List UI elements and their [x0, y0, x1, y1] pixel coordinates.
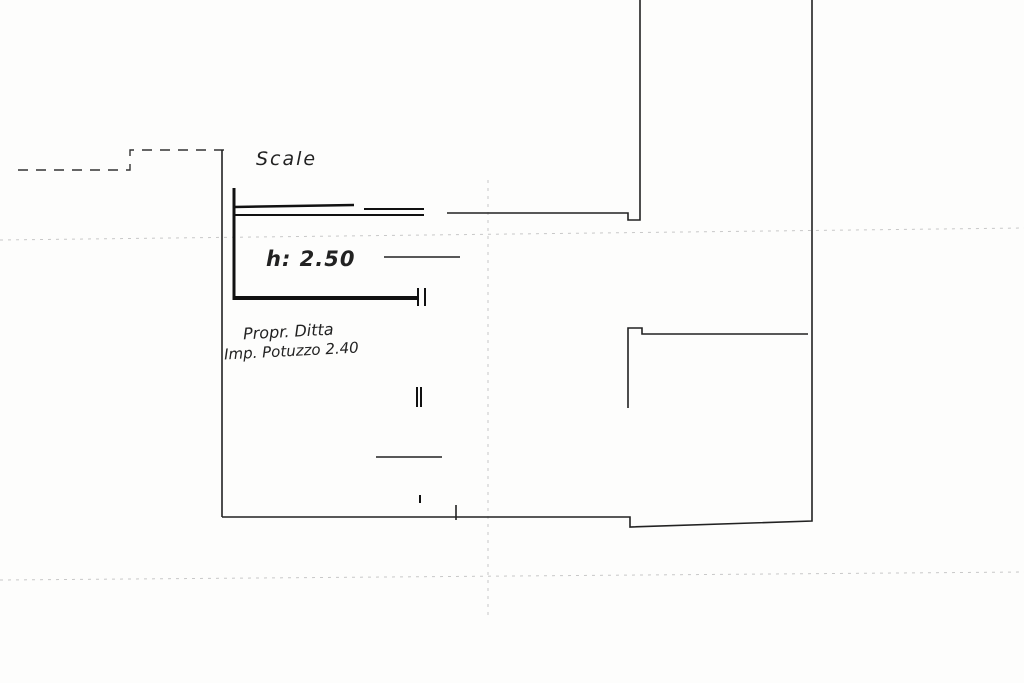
faint-grid-lines	[0, 180, 1024, 620]
stairs-label: Scale	[256, 148, 317, 170]
floor-plan-drawing	[0, 0, 1024, 683]
height-label: h: 2.50	[266, 247, 355, 271]
dashed-boundary	[18, 150, 225, 170]
